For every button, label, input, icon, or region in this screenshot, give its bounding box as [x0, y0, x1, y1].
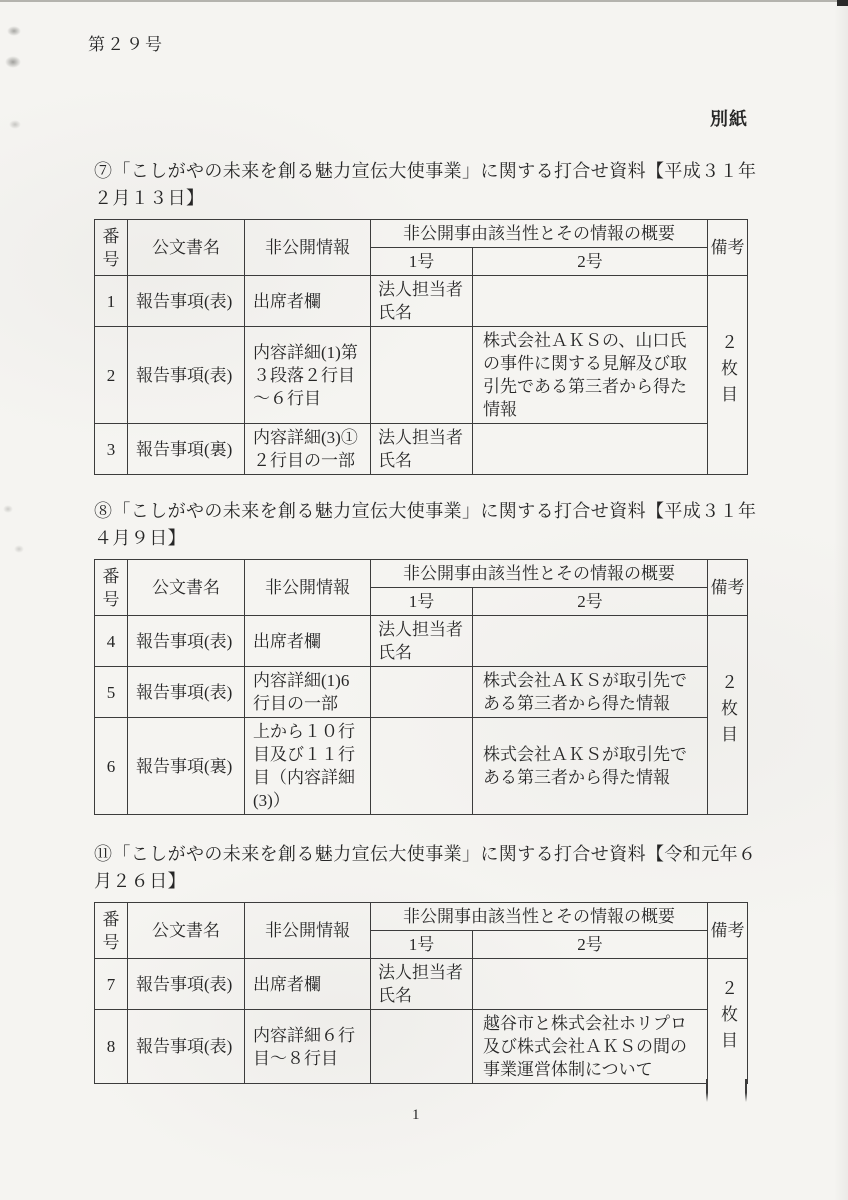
cell-reason1	[371, 667, 473, 718]
col-header-number: 番号	[95, 903, 128, 959]
cell-doc: 報告事項(表)	[128, 1010, 245, 1084]
cell-reason2: 越谷市と株式会社ホリプロ及び株式会社ＡＫＳの間の事業運営体制について	[473, 1010, 708, 1084]
table-row: 1報告事項(表)出席者欄法人担当者氏名２枚目	[95, 276, 748, 327]
disclosure-table: 番号 公文書名 非公開情報 非公開事由該当性とその情報の概要 備考 1号 2号 …	[94, 902, 748, 1084]
table-row: 7報告事項(表)出席者欄法人担当者氏名２枚目	[95, 959, 748, 1010]
col-header-nondisclosure-info: 非公開情報	[245, 560, 371, 616]
col-header-remarks: 備考	[708, 903, 748, 959]
section-heading-line2: ４月９日】	[94, 525, 774, 552]
table-cutoff-line	[745, 1079, 747, 1102]
col-header-reason-2: 2号	[473, 588, 708, 616]
cell-reason1	[371, 327, 473, 424]
col-header-remarks: 備考	[708, 560, 748, 616]
cell-doc: 報告事項(表)	[128, 327, 245, 424]
attachment-label: 別紙	[710, 105, 748, 131]
table-row: 6報告事項(裏)上から１０行目及び１１行目（内容詳細(3)）株式会社ＡＫＳが取引…	[95, 718, 748, 815]
section-heading-line2: ２月１３日】	[94, 185, 774, 212]
col-header-reason-1: 1号	[371, 588, 473, 616]
doc-number: 第２９号	[88, 30, 164, 55]
cell-doc: 報告事項(裏)	[128, 424, 245, 475]
cell-info: 出席者欄	[245, 959, 371, 1010]
col-header-remarks: 備考	[708, 220, 748, 276]
scan-artifact-smudge	[3, 505, 13, 513]
cell-doc: 報告事項(表)	[128, 667, 245, 718]
table-cutoff-line	[706, 1079, 708, 1102]
cell-no: 2	[95, 327, 128, 424]
col-header-nondisclosure-info: 非公開情報	[245, 220, 371, 276]
cell-info: 内容詳細(1)6行目の一部	[245, 667, 371, 718]
cell-no: 8	[95, 1010, 128, 1084]
document-section: ⑦「こしがやの未来を創る魅力宣伝大使事業」に関する打合せ資料【平成３１年 ２月１…	[94, 158, 774, 475]
col-header-reason-1: 1号	[371, 248, 473, 276]
table-row: 8報告事項(表)内容詳細６行目～８行目越谷市と株式会社ホリプロ及び株式会社ＡＫＳ…	[95, 1010, 748, 1084]
cell-reason1	[371, 718, 473, 815]
col-header-reason-summary: 非公開事由該当性とその情報の概要	[371, 903, 708, 931]
scan-artifact-smudge	[9, 120, 21, 129]
col-header-number: 番号	[95, 220, 128, 276]
cell-reason2	[473, 959, 708, 1010]
section-heading: ⑪「こしがやの未来を創る魅力宣伝大使事業」に関する打合せ資料【令和元年６ 月２６…	[94, 841, 774, 895]
col-header-reason-summary: 非公開事由該当性とその情報の概要	[371, 560, 708, 588]
cell-info: 上から１０行目及び１１行目（内容詳細(3)）	[245, 718, 371, 815]
cell-info: 内容詳細(3)①２行目の一部	[245, 424, 371, 475]
remarks-vertical-text: ２枚目	[716, 673, 739, 751]
section-heading: ⑦「こしがやの未来を創る魅力宣伝大使事業」に関する打合せ資料【平成３１年 ２月１…	[94, 158, 774, 212]
cell-reason2: 株式会社ＡＫＳの、山口氏の事件に関する見解及び取引先である第三者から得た情報	[473, 327, 708, 424]
disclosure-table: 番号 公文書名 非公開情報 非公開事由該当性とその情報の概要 備考 1号 2号 …	[94, 559, 748, 815]
col-header-doc-name: 公文書名	[128, 560, 245, 616]
cell-doc: 報告事項(表)	[128, 276, 245, 327]
cell-reason2	[473, 424, 708, 475]
cell-reason2	[473, 276, 708, 327]
cell-reason1	[371, 1010, 473, 1084]
cell-info: 内容詳細６行目～８行目	[245, 1010, 371, 1084]
scan-artifact-corner	[837, 0, 848, 6]
col-header-reason-2: 2号	[473, 931, 708, 959]
section-heading: ⑧「こしがやの未来を創る魅力宣伝大使事業」に関する打合せ資料【平成３１年 ４月９…	[94, 498, 774, 552]
document-section: ⑧「こしがやの未来を創る魅力宣伝大使事業」に関する打合せ資料【平成３１年 ４月９…	[94, 498, 774, 815]
col-header-nondisclosure-info: 非公開情報	[245, 903, 371, 959]
col-header-reason-summary: 非公開事由該当性とその情報の概要	[371, 220, 708, 248]
cell-doc: 報告事項(裏)	[128, 718, 245, 815]
table-row: 4報告事項(表)出席者欄法人担当者氏名２枚目	[95, 616, 748, 667]
cell-no: 7	[95, 959, 128, 1010]
section-heading-line2: 月２６日】	[94, 868, 774, 895]
section-heading-line1: ⑧「こしがやの未来を創る魅力宣伝大使事業」に関する打合せ資料【平成３１年	[94, 498, 774, 525]
remarks-vertical-text: ２枚目	[716, 979, 739, 1057]
table-row: 2報告事項(表)内容詳細(1)第３段落２行目～６行目株式会社ＡＫＳの、山口氏の事…	[95, 327, 748, 424]
col-header-number: 番号	[95, 560, 128, 616]
cell-no: 1	[95, 276, 128, 327]
remarks-cell: ２枚目	[708, 276, 748, 475]
cell-doc: 報告事項(表)	[128, 616, 245, 667]
remarks-cell: ２枚目	[708, 959, 748, 1084]
col-header-doc-name: 公文書名	[128, 220, 245, 276]
cell-no: 6	[95, 718, 128, 815]
document-page: { "page": { "doc_number": "第２９号", "attac…	[0, 0, 848, 1200]
cell-no: 4	[95, 616, 128, 667]
cell-reason1: 法人担当者氏名	[371, 959, 473, 1010]
document-section: ⑪「こしがやの未来を創る魅力宣伝大使事業」に関する打合せ資料【令和元年６ 月２６…	[94, 841, 774, 1084]
cell-reason1: 法人担当者氏名	[371, 276, 473, 327]
cell-doc: 報告事項(表)	[128, 959, 245, 1010]
scan-artifact-smudge	[5, 56, 21, 68]
cell-no: 5	[95, 667, 128, 718]
cell-reason2: 株式会社ＡＫＳが取引先である第三者から得た情報	[473, 718, 708, 815]
cell-info: 出席者欄	[245, 616, 371, 667]
table-row: 3報告事項(裏)内容詳細(3)①２行目の一部法人担当者氏名	[95, 424, 748, 475]
col-header-reason-1: 1号	[371, 931, 473, 959]
cell-info: 出席者欄	[245, 276, 371, 327]
disclosure-table: 番号 公文書名 非公開情報 非公開事由該当性とその情報の概要 備考 1号 2号 …	[94, 219, 748, 475]
section-heading-line1: ⑦「こしがやの未来を創る魅力宣伝大使事業」に関する打合せ資料【平成３１年	[94, 158, 774, 185]
col-header-reason-2: 2号	[473, 248, 708, 276]
scan-artifact-smudge	[14, 545, 24, 553]
cell-reason2: 株式会社ＡＫＳが取引先である第三者から得た情報	[473, 667, 708, 718]
remarks-vertical-text: ２枚目	[716, 333, 739, 411]
table-row: 5報告事項(表)内容詳細(1)6行目の一部株式会社ＡＫＳが取引先である第三者から…	[95, 667, 748, 718]
col-header-doc-name: 公文書名	[128, 903, 245, 959]
cell-reason1: 法人担当者氏名	[371, 616, 473, 667]
remarks-cell: ２枚目	[708, 616, 748, 815]
cell-info: 内容詳細(1)第３段落２行目～６行目	[245, 327, 371, 424]
section-heading-line1: ⑪「こしがやの未来を創る魅力宣伝大使事業」に関する打合せ資料【令和元年６	[94, 841, 774, 868]
scan-artifact-smudge	[7, 26, 21, 36]
cell-no: 3	[95, 424, 128, 475]
scan-artifact-top-edge	[0, 0, 848, 2]
cell-reason1: 法人担当者氏名	[371, 424, 473, 475]
cell-reason2	[473, 616, 708, 667]
page-number: 1	[412, 1107, 420, 1124]
